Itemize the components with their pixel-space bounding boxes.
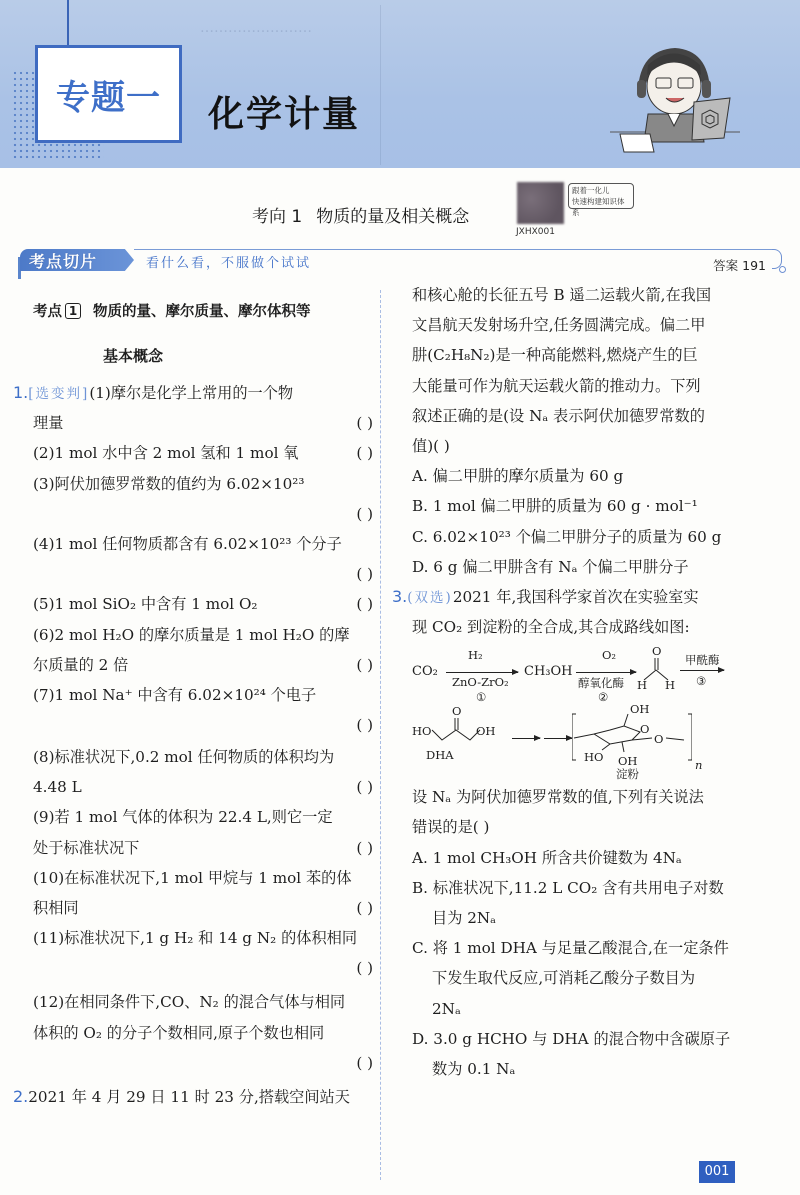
bar-rule [134, 249, 774, 250]
right-column: 和核心舱的长征五号 B 遥二运载火箭,在我国 文昌航天发射场升空,任务圆满完成。… [412, 280, 767, 1084]
question-1-line: (6)2 mol H₂O 的摩尔质量是 1 mol H₂O 的摩 [33, 620, 373, 650]
reaction-arrow-icon [680, 670, 724, 671]
question-2-line: 和核心舱的长征五号 B 遥二运载火箭,在我国 [412, 280, 767, 310]
compound-label: DHA [426, 748, 454, 762]
step-number: ② [598, 690, 608, 704]
badge-label: 考点切片 [29, 249, 97, 272]
question-text: 2021 年,我国科学家首次在实验室实 [453, 588, 699, 606]
direction-number: 考向 1 [252, 207, 302, 227]
option-b-cont[interactable]: 目为 2Nₐ [412, 903, 767, 933]
option-c-cont[interactable]: 下发生取代反应,可消耗乙酸分子数目为 [412, 963, 767, 993]
option-d-cont[interactable]: 数为 0.1 Nₐ [412, 1054, 767, 1084]
topic-label-box: 专题一 [35, 45, 182, 143]
atom-label: O [640, 722, 649, 736]
question-1-line: ( ) [33, 1048, 373, 1082]
enzyme-label: 醇氧化酶 [578, 675, 624, 691]
reagent-label: H₂ [468, 648, 483, 662]
question-1-line: 处于标准状况下( ) [33, 833, 373, 863]
answer-blank[interactable]: ( ) [356, 589, 373, 619]
option-a[interactable]: A. 1 mol CH₃OH 所含共价键数为 4Nₐ [412, 843, 767, 873]
qr-code-id: JXHX001 [516, 227, 555, 237]
answer-blank[interactable]: ( ) [356, 438, 373, 468]
compound-co2: CO₂ [412, 664, 438, 679]
item-text: 尔质量的 2 倍 [33, 656, 128, 674]
multi-step-arrow-icon [544, 738, 572, 739]
atom-label: O [452, 704, 461, 718]
item-text: (11)标准状况下,1 g H₂ 和 14 g N₂ 的体积相同 [33, 929, 357, 947]
subheading: 基本概念 [33, 334, 373, 378]
item-text: 4.48 L [33, 778, 82, 796]
kp-number: 1 [65, 303, 81, 319]
answer-blank[interactable]: ( ) [356, 408, 373, 438]
atom-label: OH [630, 702, 649, 716]
dha-structure-icon [426, 718, 486, 748]
question-2-line: 2.2021 年 4 月 29 日 11 时 23 分,搭载空间站天 [33, 1082, 373, 1112]
qr-tip-line: 跟着一化儿 [572, 185, 630, 196]
question-1-line: 4.48 L( ) [33, 772, 373, 802]
question-2-line: 值)( ) [412, 431, 767, 461]
polymer-subscript: n [695, 758, 702, 772]
bleed-through-text: …………………… [200, 20, 312, 36]
atom-label: O [654, 732, 663, 746]
question-1-line: 积相同( ) [33, 893, 373, 923]
question-1-line: (9)若 1 mol 气体的体积为 22.4 L,则它一定 [33, 802, 373, 832]
question-1-line: (7)1 mol Na⁺ 中含有 6.02×10²⁴ 个电子 [33, 680, 373, 710]
option-b[interactable]: B. 1 mol 偏二甲肼的质量为 60 g · mol⁻¹ [412, 491, 767, 521]
answer-blank[interactable]: ( ) [356, 953, 373, 983]
enzyme-label: 甲酰酶 [685, 652, 720, 668]
item-text: (8)标准状况下,0.2 mol 任何物质的体积均为 [33, 748, 334, 766]
item-text: (7)1 mol Na⁺ 中含有 6.02×10²⁴ 个电子 [33, 686, 316, 704]
bar-hook-dot [779, 266, 786, 273]
catalyst-label: ZnO-ZrO₂ [452, 675, 509, 689]
chapter-title: 化学计量 [208, 86, 360, 137]
question-1-line: 尔质量的 2 倍( ) [33, 650, 373, 680]
answer-blank[interactable]: ( ) [356, 772, 373, 802]
step-number: ③ [696, 674, 706, 688]
atom-label: H [637, 678, 647, 692]
answer-blank[interactable]: ( ) [356, 1048, 373, 1078]
exam-point-badge: 考点切片 [20, 249, 134, 271]
item-text: (4)1 mol 任何物质都含有 6.02×10²³ 个分子 [33, 535, 342, 553]
kp-title-text: 物质的量、摩尔质量、摩尔体积等 [93, 304, 311, 320]
item-text: (10)在标准状况下,1 mol 甲烷与 1 mol 苯的体 [33, 869, 352, 887]
question-3-line: 现 CO₂ 到淀粉的全合成,其合成路线如图: [412, 612, 767, 642]
answer-blank[interactable]: ( ) [356, 710, 373, 740]
question-number: 3. [392, 587, 407, 606]
question-3-line: 设 Nₐ 为阿伏加德罗常数的值,下列有关说法 [412, 782, 767, 812]
banner-vertical-line [67, 0, 69, 46]
qr-tip-box: 跟着一化儿 快速构建知识体系 [568, 183, 634, 209]
reaction-arrow-icon [576, 672, 636, 673]
question-3-line: 3.(双选)2021 年,我国科学家首次在实验室实 [412, 582, 767, 612]
question-2-line: 文昌航天发射场升空,任务圆满完成。偏二甲 [412, 310, 767, 340]
bar-tagline: 看什么看，不服做个试试 [146, 252, 311, 271]
option-b[interactable]: B. 标准状况下,11.2 L CO₂ 含有共用电子对数 [412, 873, 767, 903]
option-a[interactable]: A. 偏二甲肼的摩尔质量为 60 g [412, 461, 767, 491]
dot-pattern [12, 142, 104, 158]
answer-blank[interactable]: ( ) [356, 650, 373, 680]
question-tag: [选变判] [28, 386, 89, 402]
option-c-cont[interactable]: 2Nₐ [412, 994, 767, 1024]
atom-label: H [665, 678, 675, 692]
column-divider [380, 290, 381, 1180]
question-1-line: 理量( ) [33, 408, 373, 438]
step-number: ① [476, 690, 486, 704]
option-d[interactable]: D. 6 g 偏二甲肼含有 Nₐ 个偏二甲肼分子 [412, 552, 767, 582]
question-1-line: (8)标准状况下,0.2 mol 任何物质的体积均为 [33, 742, 373, 772]
option-d[interactable]: D. 3.0 g HCHO 与 DHA 的混合物中含碳原子 [412, 1024, 767, 1054]
exam-point-title: 考点1物质的量、摩尔质量、摩尔体积等 [33, 290, 373, 334]
question-1-line: (2)1 mol 水中含 2 mol 氢和 1 mol 氧( ) [33, 438, 373, 468]
answer-blank[interactable]: ( ) [356, 833, 373, 863]
topic-label: 专题一 [56, 70, 161, 119]
multi-step-arrow-icon [512, 738, 540, 739]
direction-title: 物质的量及相关概念 [316, 207, 469, 227]
item-text: (9)若 1 mol 气体的体积为 22.4 L,则它一定 [33, 808, 333, 826]
compound-methanol: CH₃OH [524, 664, 573, 679]
question-tag: (双选) [407, 590, 453, 606]
question-2-line: 叙述正确的是(设 Nₐ 表示阿伏加德罗常数的 [412, 401, 767, 431]
qr-code-image[interactable] [517, 182, 564, 224]
question-1-line: (5)1 mol SiO₂ 中含有 1 mol O₂( ) [33, 589, 373, 619]
question-1-line: 1.[选变判](1)摩尔是化学上常用的一个物 [33, 378, 373, 408]
atom-label: HO [584, 750, 603, 764]
item-text: (5)1 mol SiO₂ 中含有 1 mol O₂ [33, 595, 258, 613]
item-text: 处于标准状况下 [33, 839, 139, 857]
page-number: 001 [699, 1161, 735, 1183]
question-3-line: 错误的是( ) [412, 812, 767, 842]
mascot-with-laptop-icon [600, 30, 750, 160]
section-heading: 考向 1物质的量及相关概念 [252, 202, 469, 227]
answer-page-ref[interactable]: 答案 191 [713, 256, 766, 274]
question-text: 2021 年 4 月 29 日 11 时 23 分,搭载空间站天 [28, 1088, 350, 1106]
answer-blank[interactable]: ( ) [356, 499, 373, 529]
question-1-line: ( ) [33, 710, 373, 742]
question-1-line: (12)在相同条件下,CO、N₂ 的混合气体与相同 [33, 987, 373, 1017]
item-text: (2)1 mol 水中含 2 mol 氢和 1 mol 氧 [33, 444, 298, 462]
option-c[interactable]: C. 6.02×10²³ 个偏二甲肼分子的质量为 60 g [412, 522, 767, 552]
item-text: 积相同 [33, 899, 79, 917]
synthesis-route-diagram: CO₂ H₂ ZnO-ZrO₂ ① CH₃OH O₂ 醇氧化酶 ② O H H … [412, 648, 767, 778]
question-1-line: (3)阿伏加德罗常数的值约为 6.02×10²³ [33, 469, 373, 499]
question-2-line: 肼(C₂H₈N₂)是一种高能燃料,燃烧产生的巨 [412, 340, 767, 370]
chapter-banner: …………………… 专题一 化学计量 [0, 0, 800, 168]
item-text: (12)在相同条件下,CO、N₂ 的混合气体与相同 [33, 993, 345, 1011]
kp-label: 考点 [33, 304, 62, 320]
item-text: (1)摩尔是化学上常用的一个物 [89, 384, 293, 402]
reagent-label: O₂ [602, 648, 616, 662]
item-text: 体积的 O₂ 的分子个数相同,原子个数也相同 [33, 1024, 324, 1042]
answer-blank[interactable]: ( ) [356, 893, 373, 923]
item-text: (6)2 mol H₂O 的摩尔质量是 1 mol H₂O 的摩 [33, 626, 350, 644]
question-1-line: 体积的 O₂ 的分子个数相同,原子个数也相同 [33, 1018, 373, 1048]
reaction-arrow-icon [446, 672, 518, 673]
qr-tip-line: 快速构建知识体系 [572, 196, 630, 218]
answer-blank[interactable]: ( ) [356, 559, 373, 589]
question-2-line: 大能量可作为航天运载火箭的推动力。下列 [412, 371, 767, 401]
item-text: 理量 [33, 414, 63, 432]
question-1-line: ( ) [33, 559, 373, 589]
question-number: 1. [13, 383, 28, 402]
question-1-line: (11)标准状况下,1 g H₂ 和 14 g N₂ 的体积相同 [33, 923, 373, 953]
question-number: 2. [13, 1087, 28, 1106]
left-column: 考点1物质的量、摩尔质量、摩尔体积等 基本概念 1.[选变判](1)摩尔是化学上… [33, 290, 373, 1112]
question-1-line: (10)在标准状况下,1 mol 甲烷与 1 mol 苯的体 [33, 863, 373, 893]
compound-label: 淀粉 [616, 766, 639, 782]
option-c[interactable]: C. 将 1 mol DHA 与足量乙酸混合,在一定条件 [412, 933, 767, 963]
exam-point-bar: 考点切片 看什么看，不服做个试试 答案 191 [14, 249, 782, 273]
item-text: (3)阿伏加德罗常数的值约为 6.02×10²³ [33, 475, 304, 493]
question-1-line: ( ) [33, 953, 373, 987]
question-1-line: ( ) [33, 499, 373, 529]
bleed-through-line [380, 5, 381, 165]
question-1-line: (4)1 mol 任何物质都含有 6.02×10²³ 个分子 [33, 529, 373, 559]
